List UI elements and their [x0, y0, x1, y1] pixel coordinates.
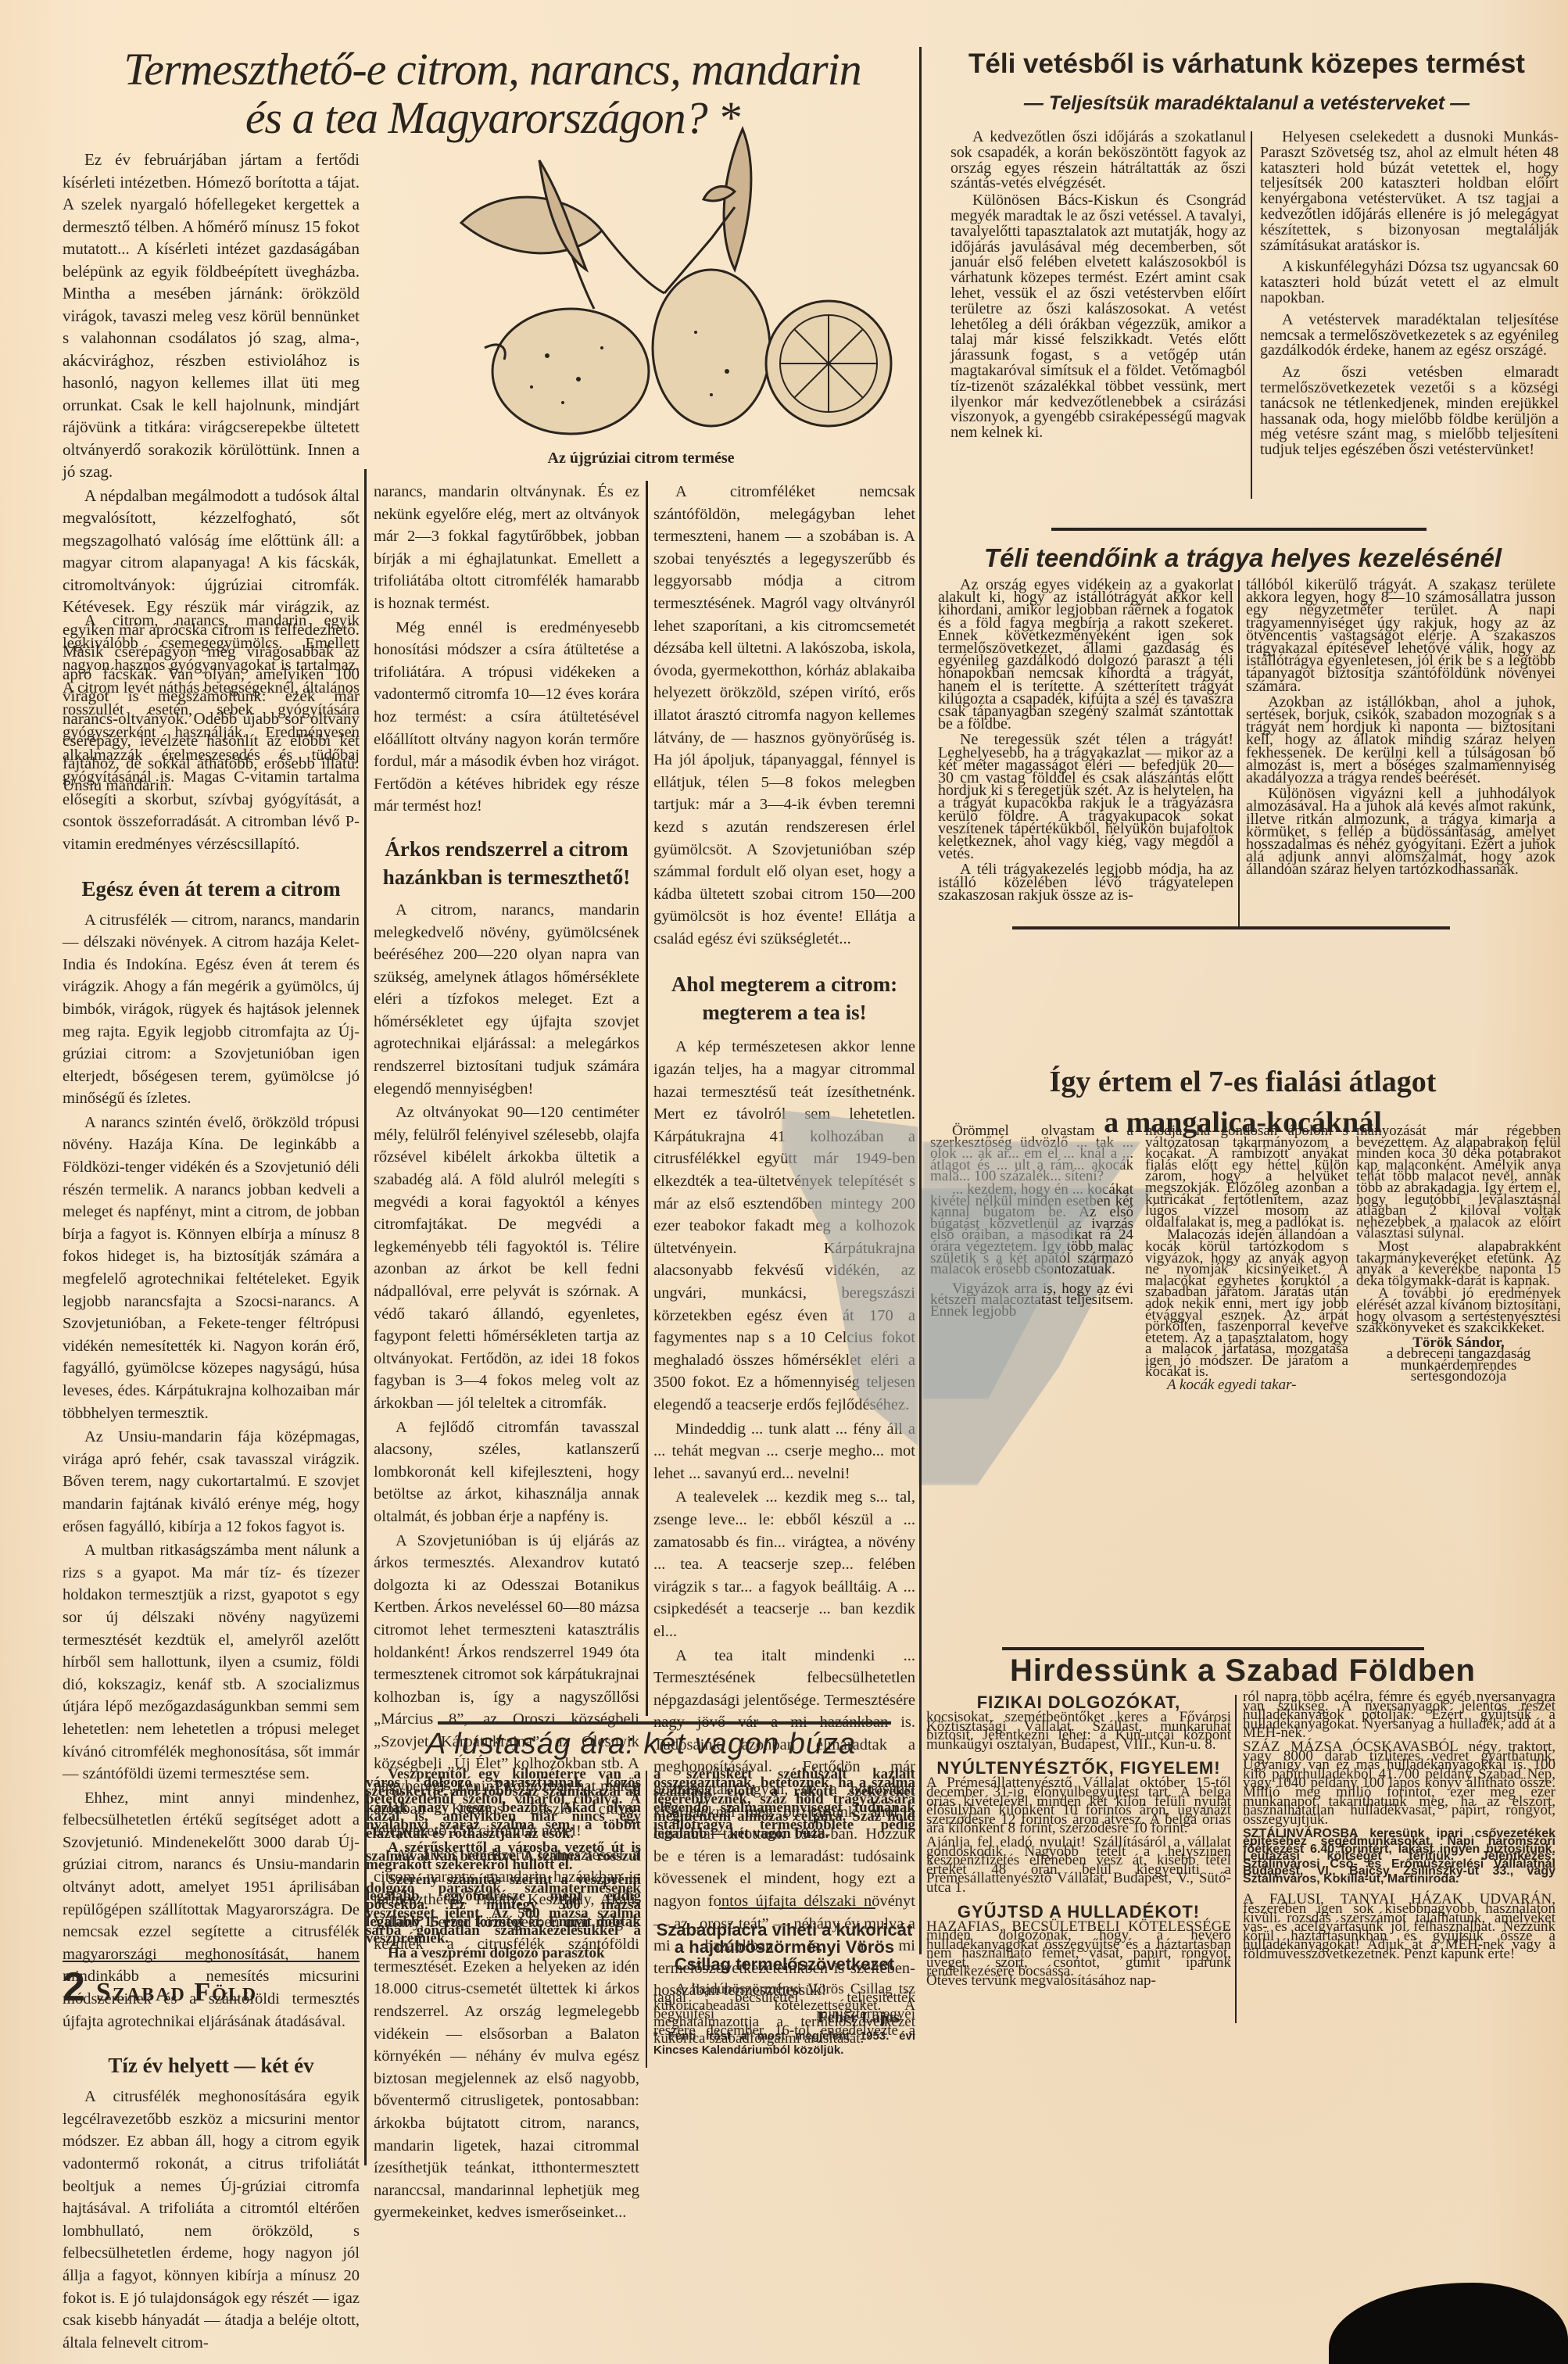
winter-sowing-column-2: Helyesen cselekedett a dusnoki Munkás-Pa…: [1260, 130, 1559, 458]
article-separator: [1012, 926, 1450, 929]
laziness-headline: A lustaság ára: két vagon búza: [367, 1728, 915, 1761]
winter-sowing-column-1: A kedvezőtlen őszi időjárás a szokatlanu…: [950, 130, 1246, 441]
subheading-egesz-even: Egész éven át terem a citrom: [63, 875, 360, 903]
article-separator: [438, 1721, 891, 1725]
corn-article-body: A hajdúböszörményi Vörös Csillag tsz tag…: [653, 1986, 915, 2043]
column-divider: [1238, 580, 1240, 928]
article-separator: [719, 1907, 875, 1909]
page-footer: 2 Szabad Föld: [63, 1964, 257, 2011]
ads-column-2: ról napra több acélra, fémre és egyéb ny…: [1243, 1692, 1555, 1959]
lemon-branch-drawing-icon: [367, 113, 915, 442]
column-divider: [919, 47, 922, 1954]
manure-headline: Téli teendőink a trágya helyes kezelésén…: [930, 543, 1555, 573]
footer-rule: [63, 1961, 360, 1962]
pig-article-column-3: mányozását már régebben bevezettem. Az a…: [1356, 1126, 1561, 1383]
manure-column-2: tállóból kikerülő trágyát. A szakasz ter…: [1246, 578, 1555, 876]
column-divider: [1235, 1695, 1237, 2023]
corn-article-headline: Szabadpiacra viheti a kukoricát a hajdúb…: [653, 1922, 915, 1973]
masthead: Szabad Föld: [96, 1978, 257, 2008]
column-divider: [1251, 131, 1252, 499]
winter-sowing-headline: Téli vetésből is várhatunk közepes termé…: [930, 48, 1563, 80]
subheading-ahol-megterem: Ahol megterem a citrom: megterem a tea i…: [653, 970, 915, 1026]
pig-article-column-2: módja, ha gondosan ápolom s változatosan…: [1145, 1126, 1348, 1392]
image-caption: Az újgrúziai citrom termése: [367, 450, 915, 467]
manure-column-1: Az ország egyes vidékein az a gyakorlat …: [938, 578, 1233, 901]
column-divider: [646, 1771, 647, 2068]
laziness-column-2: a szérűskert széthúszált kazlait összeig…: [653, 1771, 915, 1838]
laziness-column-1: Veszprémtől egy kilométerre van a város …: [366, 1771, 641, 1958]
citrus-illustration: [367, 113, 915, 442]
subheading-tiz-ev-helyett: Tíz év helyett — két év: [63, 2051, 360, 2079]
author-title: a debreceni tangazdaság munkaérdemrendes…: [1356, 1349, 1561, 1383]
ads-headline: Hirdessünk a Szabad Földben: [930, 1653, 1555, 1689]
subheading-arkos-rendszerrel: Árkos rendszerrel a citrom hazánkban is …: [374, 835, 639, 891]
citrus-middle-column-1: narancs, mandarin oltványnak. És ez nekü…: [374, 481, 639, 2224]
citrus-left-column: A citrom, narancs, mandarin egyik legkiv…: [63, 610, 360, 2354]
page-number: 2: [63, 1964, 85, 2011]
ads-column-1: FIZIKAI DOLGOZÓKAT, kocsisokat, szemétbe…: [926, 1692, 1231, 1986]
column-divider: [646, 481, 648, 1716]
article-separator: [1002, 1647, 1424, 1650]
article-separator: [1051, 528, 1427, 531]
winter-sowing-subtitle: — Teljesítsük maradéktalanul a vetésterv…: [930, 92, 1563, 115]
